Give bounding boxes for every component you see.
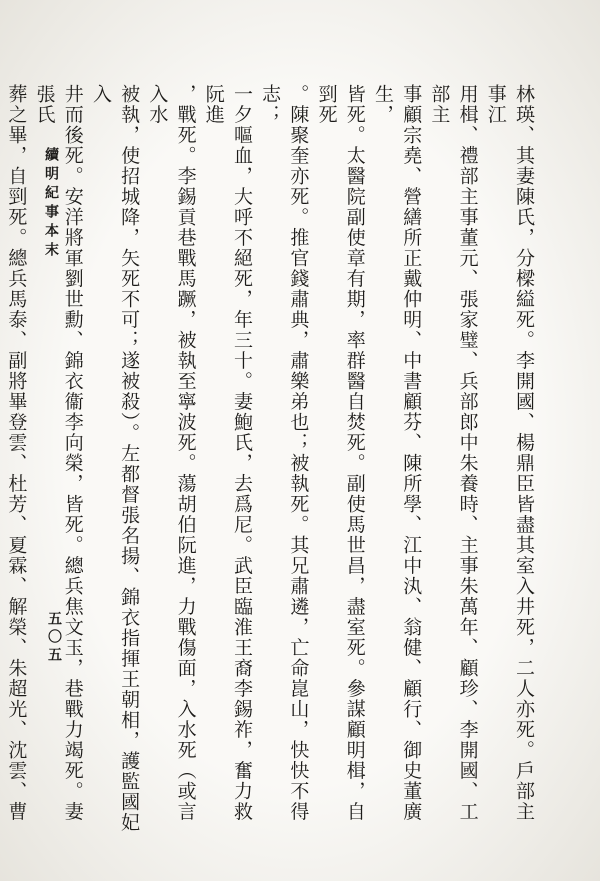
text-column-3: 事顧宗堯、營繕所正戴仲明、中書顧芬、陳所學、江中汍、翁健、顧行、御史董廣生， <box>369 84 425 840</box>
book-page: 林瑛、其妻陳氏，分樑縊死。李開國、楊鼎臣皆盡其室入井死，二人亦死。戶部主事江 用… <box>0 0 600 881</box>
text-column-2: 用楫、禮部主事董元、張家璧、兵部郎中朱養時、主事朱萬年、顧珍、李開國、工部主 <box>425 84 481 840</box>
text-column-6: 一夕嘔血，大呼不絕死，年三十。妻鮑氏，去爲尼。武臣臨淮王裔李錫祚，奮力救阮進 <box>200 84 256 840</box>
text-column-10: 葬之畢，自剄死。總兵馬泰、副將畢登雲、杜芳、夏霖、解榮、朱超光、沈雲、曹維周 <box>0 84 30 840</box>
page-number: 五〇五 <box>44 611 64 665</box>
running-book-title: 續明紀事本末 <box>41 147 61 261</box>
text-column-1: 林瑛、其妻陳氏，分樑縊死。李開國、楊鼎臣皆盡其室入井死，二人亦死。戶部主事江 <box>482 84 538 840</box>
text-column-5: 。陳聚奎亦死。推官錢肅典，肅樂弟也；被執死。其兄肅遴，亡命崑山，快快不得志； <box>256 84 312 840</box>
text-column-4: 皆死。太醫院副使章有期，率群醫自焚死。副使馬世昌，盡室死。參謀顧明楫，自剄死 <box>312 84 368 840</box>
text-column-8: 被執，使招城降，矢死不可；遂被殺）。左都督張名揚、錦衣指揮王朝相，護監國妃入 <box>87 84 143 840</box>
body-text-block: 林瑛、其妻陳氏，分樑縊死。李開國、楊鼎臣皆盡其室入井死，二人亦死。戶部主事江 用… <box>0 84 538 840</box>
text-column-7: ，戰死。李錫貢巷戰馬蹶，被執至寧波死。蕩胡伯阮進，力戰傷面，入水死（或言入水 <box>143 84 199 840</box>
